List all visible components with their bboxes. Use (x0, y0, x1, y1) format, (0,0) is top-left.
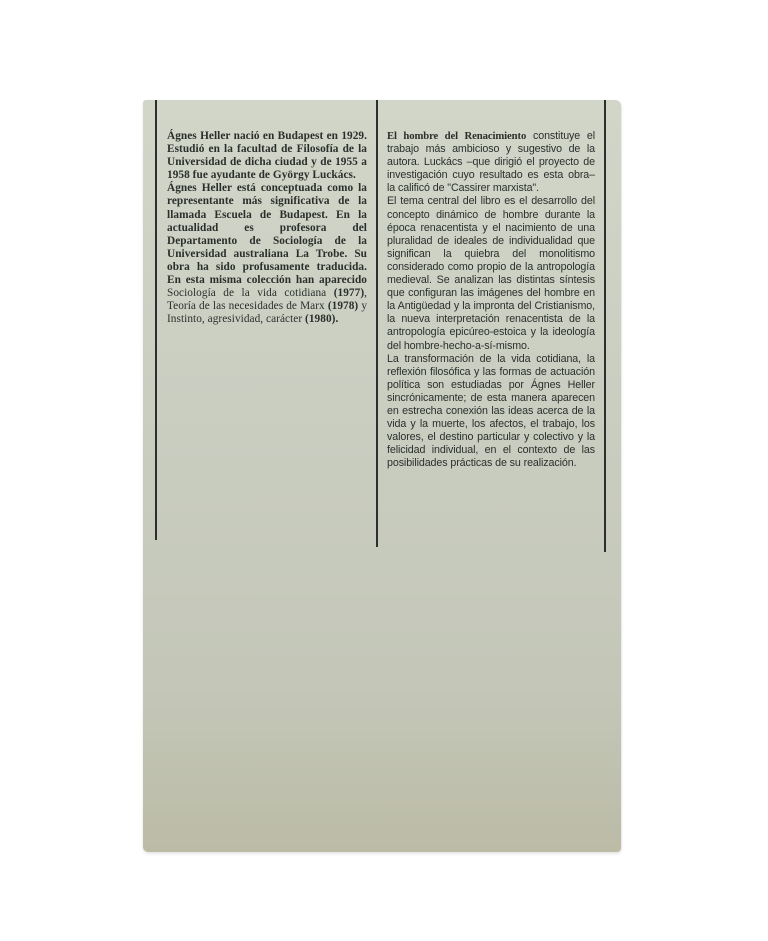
description-paragraph-1: El hombre del Renacimiento constituye el… (387, 130, 595, 195)
right-vertical-rule (604, 100, 606, 552)
left-vertical-rule (155, 100, 157, 540)
description-paragraph-3: La transformación de la vida cotidiana, … (387, 353, 595, 471)
author-bio-column: Ágnes Heller nació en Budapest en 1929. … (167, 130, 367, 326)
work-title: Teoría de las necesidades de Marx (167, 300, 325, 312)
work-year: (1980) (305, 313, 335, 325)
work-year: (1977) (334, 287, 364, 299)
work-year: (1978) (328, 300, 358, 312)
author-bio-paragraph-1: Ágnes Heller nació en Budapest en 1929. … (167, 130, 367, 182)
author-bio-paragraph-2: Ágnes Heller está conceptuada como la re… (167, 182, 367, 326)
description-paragraph-2: El tema central del libro es el desarrol… (387, 195, 595, 352)
book-description-column: El hombre del Renacimiento constituye el… (387, 130, 595, 470)
work-title: Instinto, agresividad, carácter (167, 313, 302, 325)
work-title: Sociología de la vida cotidiana (167, 287, 326, 299)
author-bio-text: Ágnes Heller está conceptuada como la re… (167, 182, 367, 286)
book-title: El hombre del Renacimiento (387, 130, 526, 142)
center-vertical-rule (376, 100, 378, 547)
book-back-cover: Ágnes Heller nació en Budapest en 1929. … (143, 100, 621, 852)
